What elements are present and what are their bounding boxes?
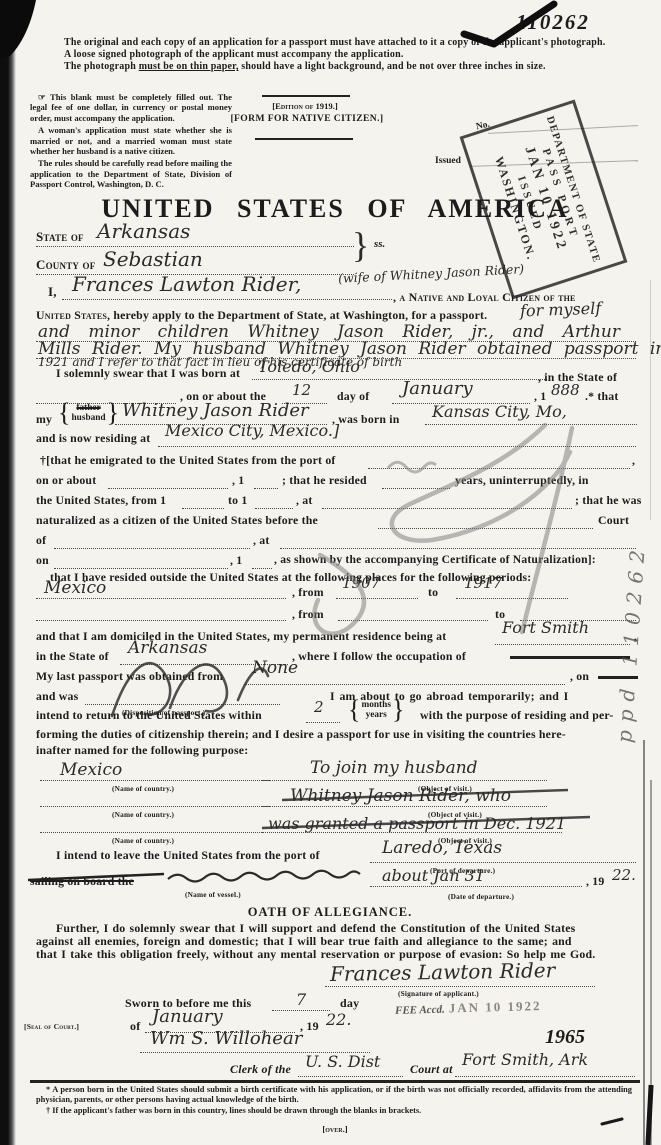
rule-object-2 [262,806,547,807]
residing-clause: and is now residing at [36,431,150,446]
county-of-value: Sebastian [103,247,203,271]
from-label: , from [292,585,324,600]
on-or-about-label: on or about [36,473,96,488]
country-1-value: Mexico [60,760,122,780]
court-value: U. S. Dist [305,1052,380,1071]
rule-country-3 [40,832,270,833]
notice-para-1: ☞ This blank must be completely filled o… [30,92,232,123]
years-option: years [361,710,390,720]
from-label-2: , from [292,607,324,622]
object-2-value: Whitney Jason Rider, who [290,786,511,806]
of-label: of [36,533,46,548]
application-number: 110262 [516,10,590,35]
scan-left-band [0,0,16,1145]
months-option: months [361,700,390,710]
rule-court-place [455,1076,635,1077]
rule-nat-date [54,568,228,569]
brace-open-2: { [348,699,360,721]
header-instruction-3-post: should have a light background, and be n… [239,61,546,72]
rule-abroad-place-2 [36,620,286,621]
apply-clause: United States, hereby apply to the Depar… [36,308,487,323]
birth-day-value: 12 [292,381,311,399]
applicant-signature: Frances Lawton Rider [330,958,556,986]
rule-year1 [254,488,278,489]
clerk-clause: Clerk of the [230,1062,291,1077]
footnote-rule [30,1080,640,1083]
year-suffix: .* that [585,389,619,404]
court-at-clause: Court at [410,1062,453,1077]
to-label: to [428,585,438,600]
country-caption-2: (Name of country.) [112,810,174,819]
scan-corner-mark [645,1085,653,1145]
state-of-value: Arkansas [97,219,190,243]
father-husband-brace: { father husband } [58,402,119,424]
rule-sworn-day [272,1010,330,1011]
rule-country-2 [40,806,270,807]
departure-year-value: 22. [612,866,636,884]
return-value: 2 [314,698,324,716]
issued-label: Issued [435,156,461,166]
rule-country-1 [40,780,270,781]
emigrated-comma: , [632,453,635,468]
purpose-clause: with the purpose of residing and per- [420,708,614,723]
country-caption-3: (Name of country.) [112,836,174,845]
at-label: , at [296,493,313,508]
sworn-year-value: 22. [326,1010,351,1029]
state-clause: in the State of [36,649,109,664]
fee-stamp: FEE Accd. JAN 10 1922 [395,997,542,1019]
born-in-clause: , was born in [332,412,400,427]
bottom-dash-mark [602,1119,622,1124]
scan-fold-line-3 [650,280,651,520]
applicant-name: Frances Lawton Rider, [72,272,301,296]
naturalized-clause: naturalized as a citizen of the United S… [36,513,318,528]
rule-resided-years [382,488,450,489]
header-instruction-3-pre: The photograph [64,61,139,72]
he-was-clause: ; that he was [575,493,642,508]
passport-clause: My last passport was obtained from [36,669,223,684]
birth-year-value: 888 [551,381,580,399]
i-label: I, [48,284,57,300]
rule-court-of [54,548,250,549]
rule-object-3 [262,832,562,833]
return-clause: intend to return to the United States wi… [36,708,262,723]
margin-note: ppd 110262 [612,541,650,743]
rule-emigration-port [368,468,630,469]
emigrated-clause: †[that he emigrated to the United States… [40,453,336,468]
passport-on-label: , on [570,669,589,684]
over-label: [over.] [300,1124,370,1134]
brace-close-2: } [392,699,404,721]
vessel-caption: (Name of vessel.) [185,890,241,899]
husband-option: husband [71,413,105,423]
hw-addendum-1: for myself [520,299,602,321]
relative-residence-value: Mexico City, Mexico.] [165,421,339,440]
rule-to [456,598,568,599]
country-caption-1: (Name of country.) [112,784,174,793]
domiciled-clause: and that I am domiciled in the United St… [36,629,446,644]
departure-date-value: about Jan 31 [382,866,485,885]
my-label: my [36,412,52,427]
resided-clause: ; that he resided [282,473,367,488]
on-label: on [36,553,49,568]
notice-para-3: The rules should be carefully read befor… [30,158,232,189]
sworn-of-label: of [130,1019,140,1034]
venue-brace: } [352,224,369,266]
edition-label: [Edition of 1919.] [235,101,375,111]
rule-disposition [85,704,280,705]
year2-prefix: , 1 [230,553,242,568]
form-type-label: [FORM FOR NATIVE CITIZEN.] [212,113,402,124]
footnotes: * A person born in the United States sho… [36,1085,632,1116]
duties-clause: forming the duties of citizenship therei… [36,727,566,742]
passport-application-scan: 110262 The original and each copy of an … [0,0,661,1145]
rule-year2 [252,568,272,569]
notice-column: ☞ This blank must be completely filled o… [30,92,232,192]
to-clause: to 1 [228,493,247,508]
rule-departure-date [370,886,582,887]
rule-at-place [322,508,572,509]
head-rule-bottom [255,138,353,140]
rule-emigration-date [108,488,228,489]
object-3-value: was granted a passport in Dec. 1921 [268,814,566,833]
naturalization-scrawl-2 [522,428,572,632]
vessel-squiggle [168,871,360,882]
months-years-brace: { months years } [348,699,404,721]
relative-name-value: Whitney Jason Rider [122,400,309,421]
rule-from-2 [338,620,488,621]
clerk-signature: Wm S. Willohear [150,1028,302,1049]
rule-birthplace [252,379,547,380]
residence-value: Fort Smith [502,618,589,637]
brace-open: { [58,402,70,424]
seal-of-court-caption: [Seal of Court.] [24,1022,79,1031]
at-label-2: , at [253,533,270,548]
and-was-label: and was [36,689,78,704]
notice-para-2: A woman's application must state whether… [30,125,232,156]
rule-residence [495,644,630,645]
rule-relative-birthplace [425,424,637,425]
head-rule-top [262,95,350,97]
apply-clause-sc: United States, [36,308,110,322]
rule-signature [325,986,595,987]
us-from-clause: the United States, from 1 [36,493,166,508]
header-instruction-2: A loose signed photograph of the applica… [64,49,404,60]
header-instruction-1: The original and each copy of an applica… [64,37,605,48]
sworn-day-label: day [340,996,359,1011]
occupation-strike [510,656,630,659]
footnote-2: † If the applicant's father was born in … [36,1106,632,1116]
scan-fold-line [643,740,645,1145]
brace-close: } [107,402,119,424]
rule-port [370,862,636,863]
rule-abroad-place [36,598,286,599]
from-year-value: 1907 [342,574,380,592]
passport-value: None [252,658,298,678]
rule-from-year [182,508,224,509]
header-instruction-3: The photograph must be on thin paper, sh… [64,61,546,72]
apply-clause-rest: hereby apply to the Department of State,… [110,308,487,322]
departure-year-prefix: , 19 [586,874,605,889]
rule-court-value [298,1076,403,1077]
fee-stamp-date: JAN 10 1922 [449,998,542,1015]
footnote-1: * A person born in the United States sho… [36,1085,632,1106]
fee-stamp-left: FEE Accd. [395,1004,445,1017]
shown-clause: , as shown by the accompanying Certifica… [274,553,596,566]
rule-court-at [280,548,636,549]
court-label: Court [598,513,629,528]
resided-outside-clause: that I have resided outside the United S… [50,571,531,584]
departure-date-caption: (Date of departure.) [448,892,514,901]
rule-name [62,299,392,300]
years-clause: years, uninterruptedly, in [455,473,589,488]
port-value: Laredo, Texas [382,838,502,858]
rule-from [336,598,418,599]
rule-object-1 [262,780,547,781]
oath-heading: OATH OF ALLEGIANCE. [240,905,420,920]
sworn-month-value: January [152,1006,223,1027]
sworn-day-value: 7 [296,990,306,1009]
ss-label: ss. [374,238,385,250]
year1-prefix: , 1 [232,473,244,488]
sailing-clause: sailing on board the [30,874,134,889]
port-clause: I intend to leave the United States from… [56,848,320,863]
purpose-clause-2: inafter named for the following purpose: [36,743,248,758]
abroad-place-value: Mexico [44,578,106,598]
to-year-value: 1917 [464,574,502,592]
domicile-state-value: Arkansas [128,638,207,658]
occupation-clause: , where I follow the occupation of [292,649,466,664]
rule-to-year [255,508,293,509]
birthplace-value: Toledo, Ohio [258,357,360,376]
day-of-label: day of [337,389,369,404]
rule-passport-from [245,684,565,685]
object-1-value: To join my husband [310,758,478,778]
sworn-year-prefix: , 19 [300,1019,319,1034]
swear-clause: I solemnly swear that I was born at [56,366,240,381]
rule-court-name [378,528,593,529]
court-number: 1965 [545,1026,585,1049]
county-of-label: County of [36,257,95,273]
signature-caption: (Signature of applicant.) [398,989,479,998]
relative-birthplace-value: Kansas City, Mo, [432,402,567,421]
rule-relative-residence [158,446,636,447]
birth-month-value: January [402,378,473,399]
rule-return [306,722,340,723]
state-of-label: State of [36,229,84,245]
header-instruction-3-underlined: must be on thin paper, [139,61,239,72]
court-place-value: Fort Smith, Ark [462,1050,588,1069]
father-option: father [71,403,105,413]
